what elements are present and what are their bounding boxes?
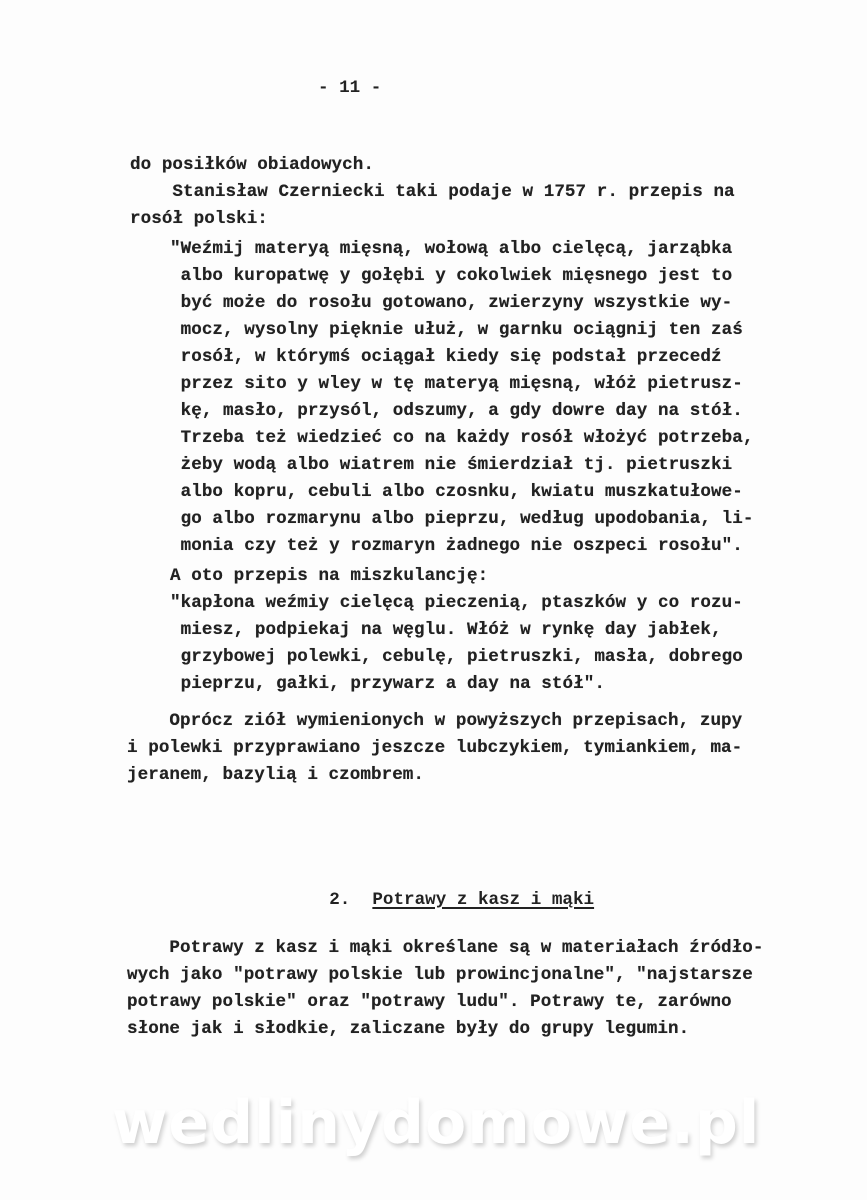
quote-line: miesz, podpiekaj na węglu. Włóż w rynkę … [170,622,722,640]
quote-line: być może do rosołu gotowano, zwierzyny w… [170,295,732,313]
quote-line: albo kopru, cebuli albo czosnku, kwiatu … [170,484,743,502]
document-page: - 11 - do posiłków obiadowych. Stanisław… [0,0,867,1200]
quote-line: grzybowej polewki, cebulę, pietruszki, m… [170,649,743,667]
text-line: jeranem, bazylią i czombrem. [127,767,424,785]
text-line: A oto przepis na miszkulancję: [170,568,488,586]
quote-line: "kapłona weźmiy cielęcą pieczenią, ptasz… [170,595,743,613]
text-line: Stanisław Czerniecki taki podaje w 1757 … [130,184,735,202]
quote-line: Trzeba też wiedzieć co na każdy rosół wł… [170,430,753,448]
quote-line: rosół, w którymś ociągał kiedy się podst… [170,349,722,367]
quote-line: przez sito y wley w tę materyą mięsną, w… [170,376,743,394]
quote-line: go albo rozmarynu albo pieprzu, według u… [170,511,753,529]
quote-line: albo kuropatwę y gołębi y cokolwiek mięs… [170,268,732,286]
text-line: słone jak i słodkie, zaliczane były do g… [127,1021,689,1039]
page-number: - 11 - [318,78,381,98]
watermark: wedlinydomowe.pl [112,1088,760,1158]
text-line: Oprócz ziół wymienionych w powyższych pr… [127,713,742,731]
quote-line: monia czy też y rozmaryn żadnego nie osz… [170,538,743,556]
quote-line: żeby wodą albo wiatrem nie śmierdział tj… [170,457,732,475]
text-line: Potrawy z kasz i mąki określane są w mat… [127,940,763,958]
text-line: i polewki przyprawiano jeszcze lubczykie… [127,740,742,758]
quote-line: "Weźmij materyą mięsną, wołową albo ciel… [170,241,732,259]
text-line: potrawy polskie" oraz "potrawy ludu". Po… [127,994,732,1012]
quote-line: kę, masło, przysól, odszumy, a gdy dowre… [170,403,743,421]
text-line: do posiłków obiadowych. [130,157,374,175]
section-number: 2. [329,890,350,910]
section-title: Potrawy z kasz i mąki [372,890,594,910]
text-line: wych jako "potrawy polskie lub prowincjo… [127,967,753,985]
quote-line: mocz, wysolny pięknie ułuż, w garnku oci… [170,322,743,340]
section-heading: 2.Potrawy z kasz i mąki [287,870,594,930]
text-line: rosół polski: [130,211,268,229]
quote-line: pieprzu, gałki, przywarz a day na stół". [170,676,605,694]
